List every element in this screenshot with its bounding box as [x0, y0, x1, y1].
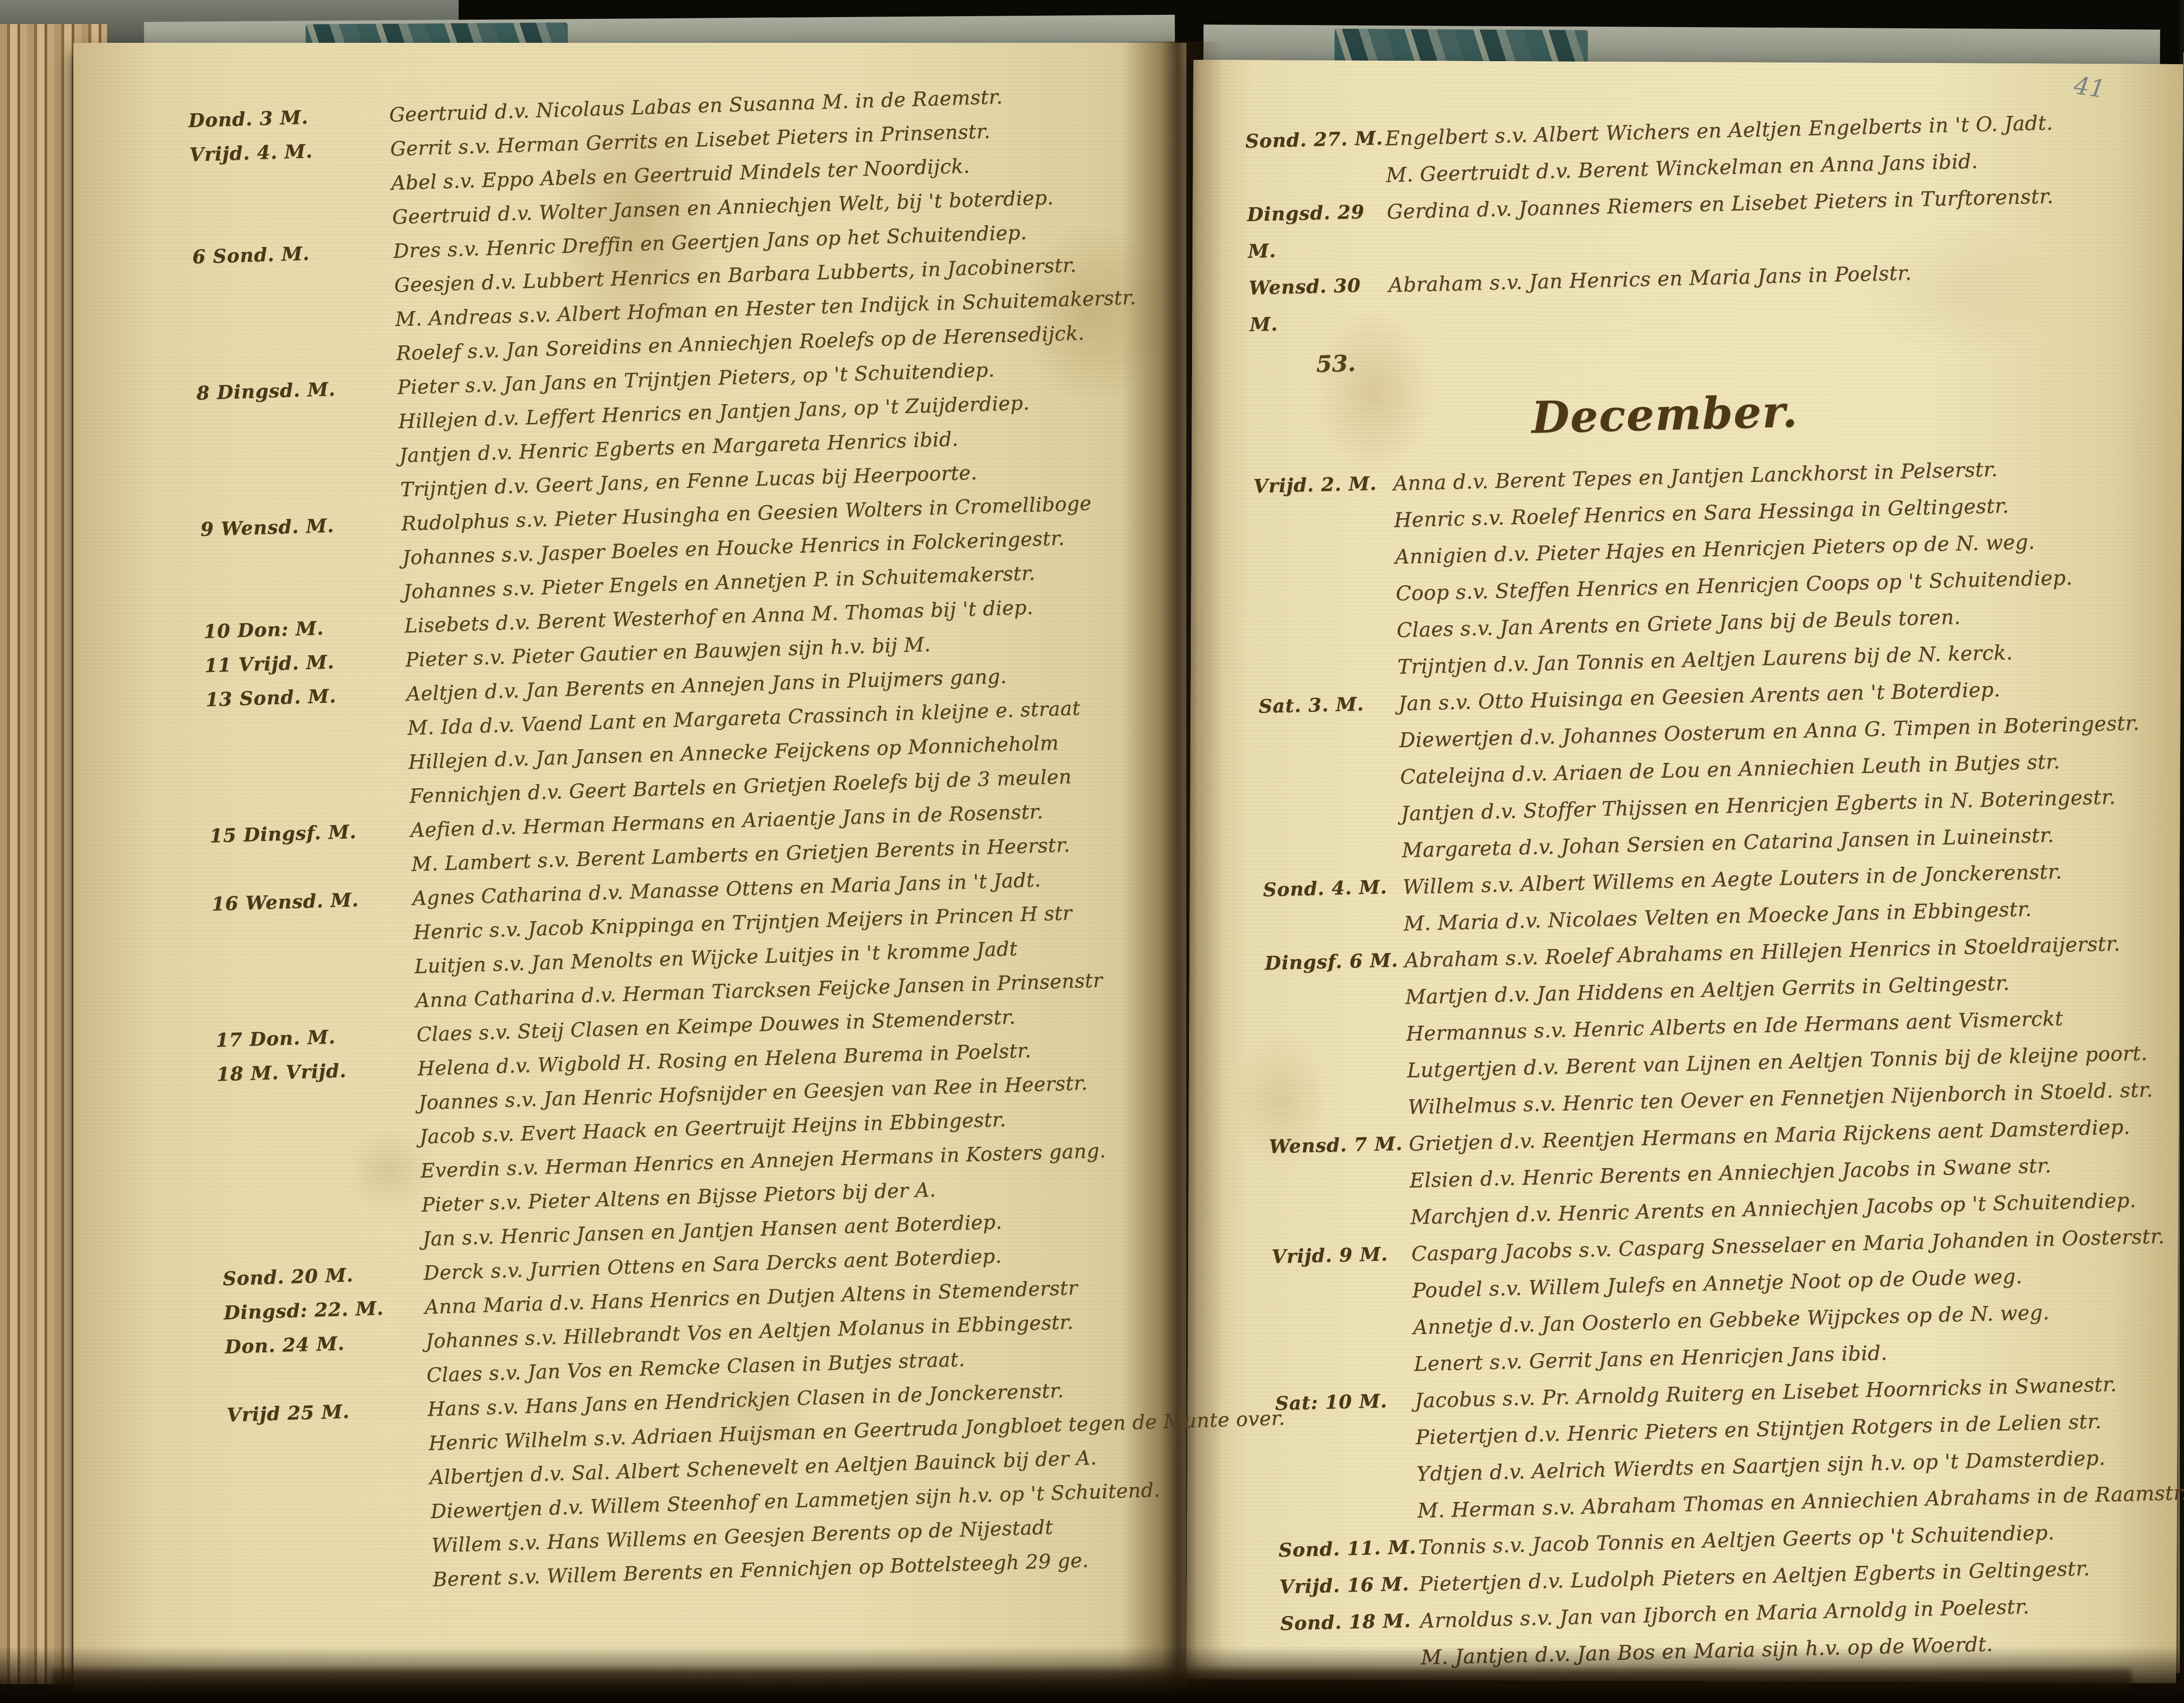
entry-day-label: 10 Don: M. — [203, 609, 405, 649]
entry-day-label: Vrijd. 16 M. — [1279, 1566, 1420, 1606]
entry-lines: Grietjen d.v. Reentjen Hermans en Maria … — [1408, 1106, 2184, 1235]
right-page-entries-december: Vrijd. 2. M.Anna d.v. Berent Tepes en Ja… — [1253, 446, 2184, 1679]
entry-lines: Jan s.v. Otto Huisinga en Geesien Arents… — [1398, 666, 2184, 869]
entry-row: Dingsf. 6 M.Abraham s.v. Roelef Abrahams… — [1264, 923, 2184, 1129]
entry-lines: Dres s.v. Henric Dreffin en Geertjen Jan… — [393, 211, 1169, 370]
entry-day-label: Sond. 27. M. — [1245, 120, 1386, 196]
bottom-shadow — [0, 1646, 2184, 1703]
entry-lines: Agnes Catharina d.v. Manasse Ottens en M… — [412, 858, 1189, 1018]
entry-row: Vrijd 25 M.Hans s.v. Hans Jans en Hendri… — [226, 1370, 1206, 1603]
entry-row: Vrijd. 9 M.Casparg Jacobs s.v. Casparg S… — [1271, 1216, 2184, 1385]
entry-row: Vrijd. 2. M.Anna d.v. Berent Tepes en Ja… — [1253, 446, 2184, 689]
entry-row: 18 M. Vrijd.Helena d.v. Wigbold H. Rosin… — [216, 1029, 1196, 1262]
entry-day-label: Wensd. 30 M. — [1248, 267, 1390, 343]
entry-lines: Abraham s.v. Roelef Abrahams en Hillejen… — [1404, 923, 2184, 1125]
entry-lines: Anna d.v. Berent Tepes en Jantjen Lanckh… — [1393, 446, 2184, 685]
entry-lines: Hans s.v. Hans Jans en Hendrickjen Clase… — [427, 1367, 1290, 1597]
entry-day-label: 15 Dingsf. M. — [209, 813, 412, 888]
entry-day-label: Vrijd. 2. M. — [1253, 465, 1398, 688]
entry-day-label: 16 Wensd. M. — [211, 882, 416, 1024]
left-page-entries: Dond. 3 M.Geertruid d.v. Nicolaus Labas … — [188, 75, 1206, 1603]
entry-lines: Jacobus s.v. Pr. Arnoldg Ruiterg en Lise… — [1414, 1363, 2184, 1529]
entry-day-label: Sat: 10 M. — [1275, 1382, 1418, 1532]
right-page-entries-november: Sond. 27. M.Engelbert s.v. Albert Wicher… — [1245, 101, 2184, 343]
entry-day-label: Wensd. 7 M. — [1268, 1125, 1411, 1239]
month-heading: December. — [1531, 369, 2184, 450]
entry-lines: Pieter s.v. Jan Jans en Trijntjen Pieter… — [397, 348, 1173, 507]
entry-day-label: Dingsd: 22. M. — [223, 1290, 425, 1330]
entry-day-label: Dingsd. 29 M. — [1247, 193, 1388, 270]
entry-day-label: Vrijd. 9 M. — [1271, 1236, 1414, 1385]
entry-day-label: 13 Sond. M. — [205, 677, 410, 820]
entry-day-label: Dingsf. 6 M. — [1264, 942, 1408, 1128]
entry-day-label: Sat. 3. M. — [1258, 685, 1402, 872]
entry-row: Sat: 10 M.Jacobus s.v. Pr. Arnoldg Ruite… — [1275, 1363, 2184, 1532]
entry-day-label: 17 Don. M. — [215, 1018, 417, 1058]
entry-day-label: Sond. 20 M. — [222, 1256, 424, 1296]
entry-day-label: 11 Vrijd. M. — [204, 643, 406, 683]
entry-day-label: Don. 24 M. — [224, 1324, 427, 1398]
entry-lines: Helena d.v. Wigbold H. Rosing en Helena … — [417, 1029, 1196, 1256]
entry-lines: Casparg Jacobs s.v. Casparg Snesselaer e… — [1411, 1216, 2184, 1382]
entry-day-label: 8 Dingsd. M. — [196, 370, 401, 513]
entry-day-label: 6 Sond. M. — [192, 234, 397, 377]
entry-row: Sat. 3. M.Jan s.v. Otto Huisinga en Gees… — [1258, 666, 2184, 872]
entry-day-label: Dond. 3 M. — [188, 98, 390, 138]
entry-row: Wensd. 7 M.Grietjen d.v. Reentjen Herman… — [1268, 1106, 2184, 1239]
book-photo: 41 Dond. 3 M.Geertruid d.v. Nicolaus Lab… — [0, 0, 2184, 1703]
entry-day-label: Vrijd. 4. M. — [189, 132, 393, 240]
entry-lines: Aeltjen d.v. Jan Berents en Annejen Jans… — [406, 654, 1182, 813]
entry-day-label: 18 M. Vrijd. — [216, 1052, 423, 1262]
entry-day-label: Vrijd 25 M. — [226, 1392, 433, 1603]
entry-day-label: 9 Wensd. M. — [200, 507, 404, 615]
entry-day-label: Sond. 4. M. — [1262, 869, 1404, 945]
folio-number: 41 — [2072, 71, 2107, 104]
entry-day-label: Sond. 11. M. — [1278, 1529, 1419, 1569]
right-page-text: Sond. 27. M.Engelbert s.v. Albert Wicher… — [1245, 101, 2184, 1679]
